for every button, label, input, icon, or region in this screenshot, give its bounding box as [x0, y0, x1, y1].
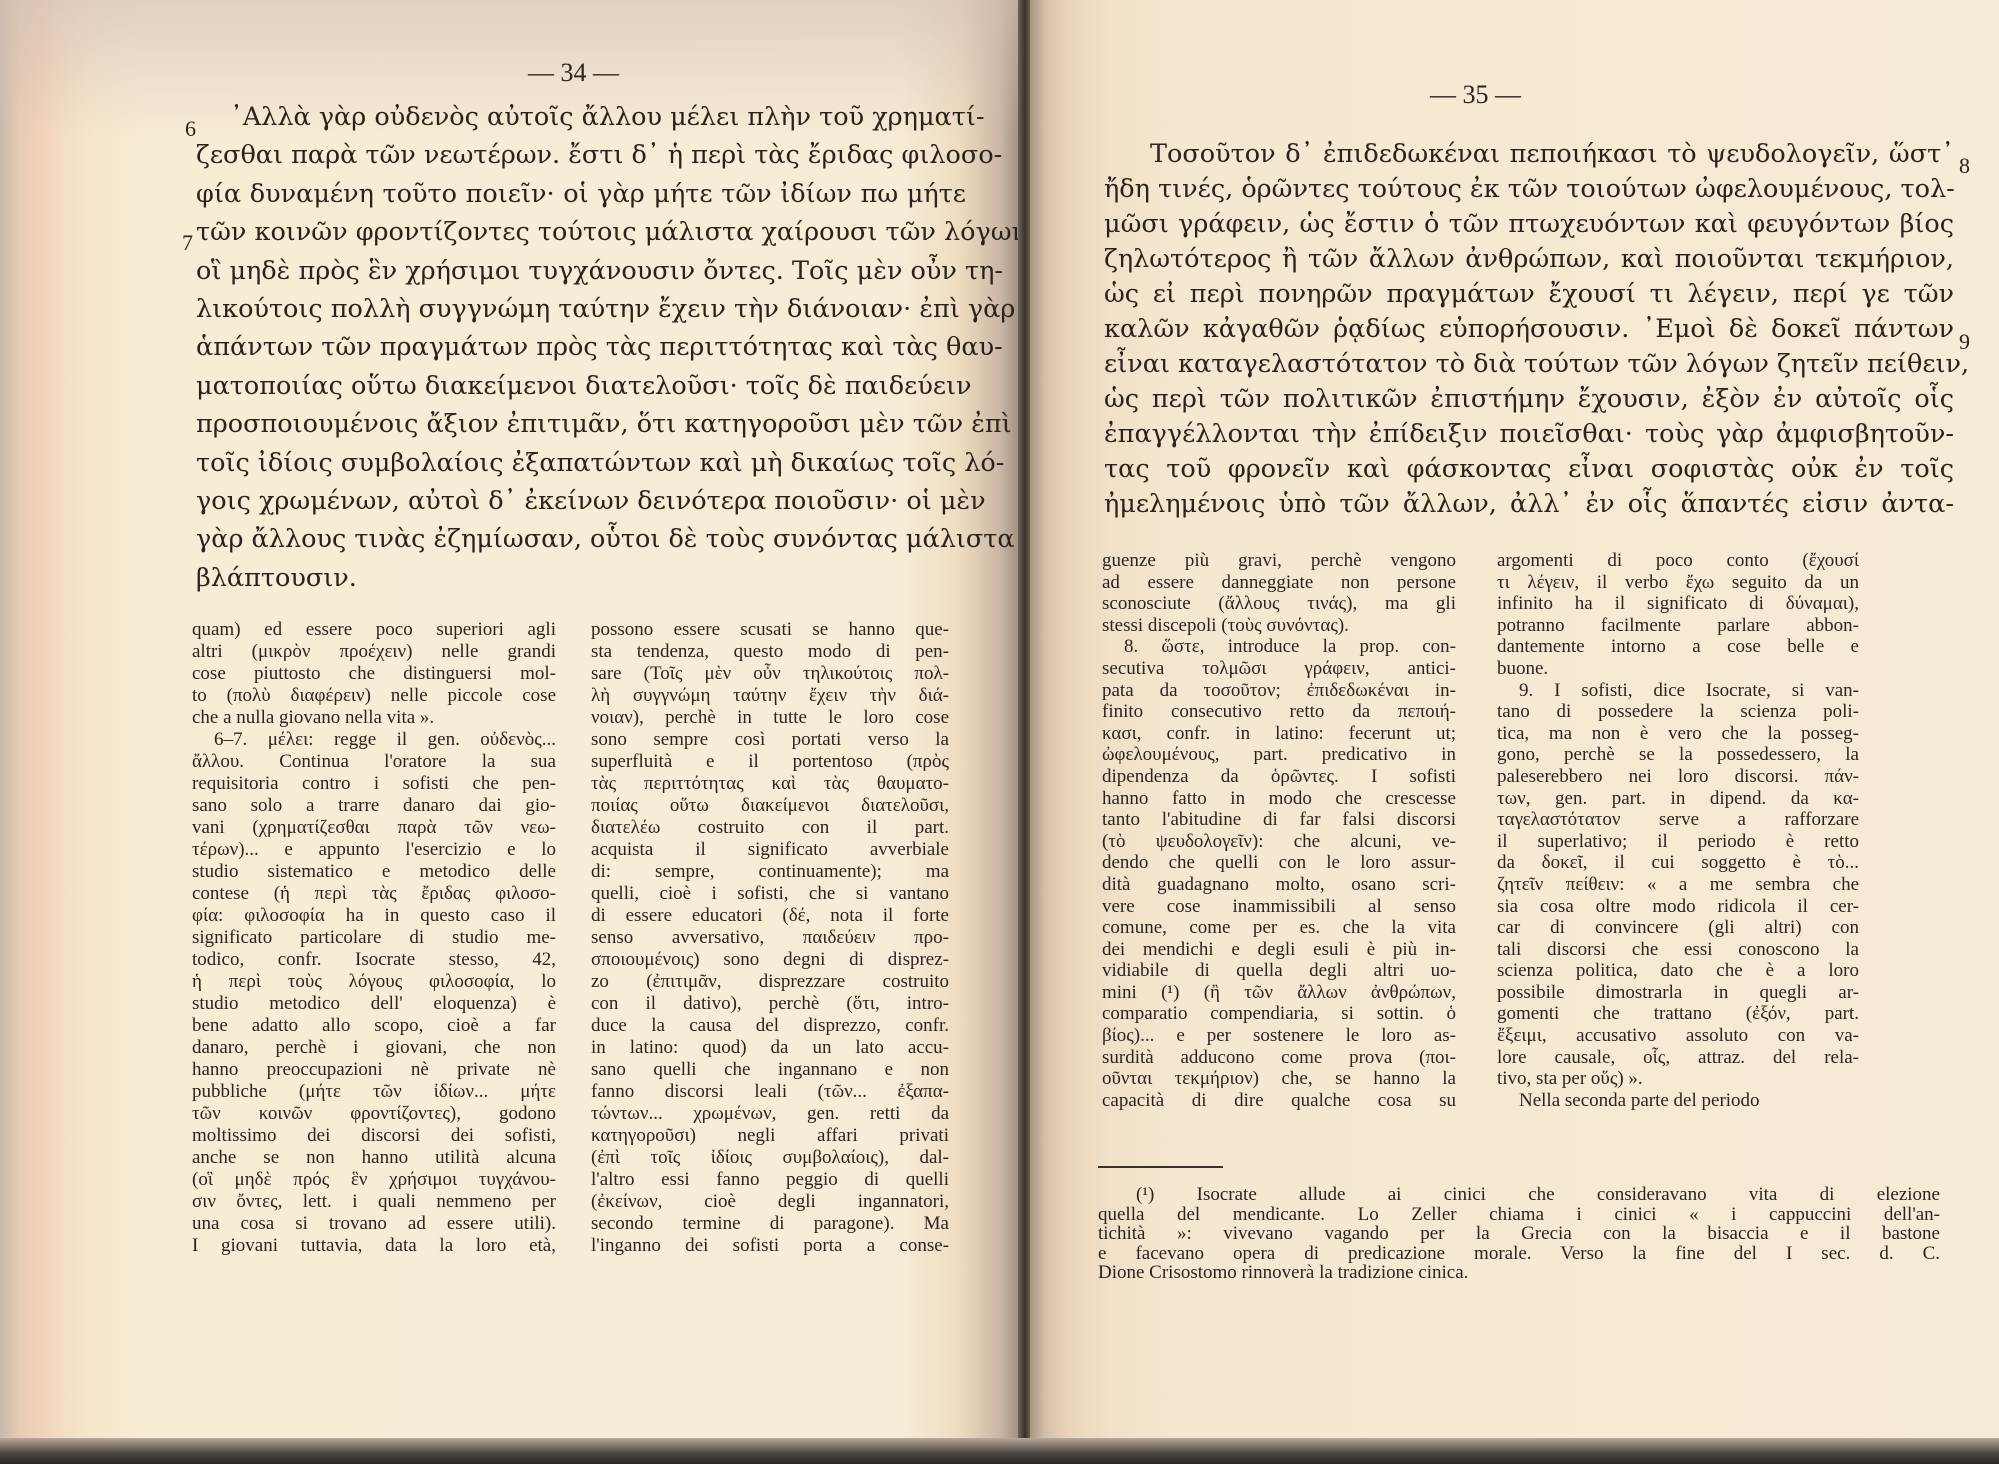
note-line: possono essere scusati se hanno que-	[591, 619, 949, 641]
note-line: 9. I sofisti, dice Isocrate, si van-	[1497, 680, 1859, 702]
note-line: dipendenza da ὁρῶντες. I sofisti	[1102, 766, 1456, 788]
note-line: sare (Τοῖς μὲν οὖν τηλικούτοις πολ-	[591, 663, 949, 685]
note-line: fanno discorsi leali (τῶν... ἐξαπα-	[591, 1081, 949, 1103]
note-line: σποιουμένοις) sono degni di disprez-	[591, 949, 949, 971]
note-line: 6–7. μέλει: regge il gen. οὐδενὸς...	[192, 729, 556, 751]
note-line: moltissimo dei discorsi dei sofisti,	[192, 1125, 556, 1147]
note-line: to (πολὺ διαφέρειν) nelle piccole cose	[192, 685, 556, 707]
note-line: κασι, confr. in latino: fecerunt ut;	[1102, 723, 1456, 745]
footnote-line: quella del mendicante. Lo Zeller chiama …	[1098, 1205, 1940, 1225]
footnote-line: e facevano opera di predicazione morale.…	[1098, 1244, 1940, 1264]
note-line: tica, ma non è vero che la posseg-	[1497, 723, 1859, 745]
text-line: μῶσι γράφειν, ὡς ἔστιν ὁ τῶν πτωχευόντων…	[1104, 207, 1954, 242]
note-line: senso avversativo, παιδεύειν προ-	[591, 927, 949, 949]
note-line: surdità adducono come prova (ποι-	[1102, 1047, 1456, 1069]
note-line: τώντων... χρωμένων, gen. retti da	[591, 1103, 949, 1125]
note-line: ζητεῖν πείθειν: « a me sembra che	[1497, 874, 1859, 896]
section-number-8: 8	[1959, 153, 1970, 179]
commentary-column-2: argomenti di poco conto (ἔχουσί τι λέγει…	[1497, 550, 1859, 1111]
text-line: ζηλωτότερος ἢ τῶν ἄλλων ἀνθρώπων, καὶ πο…	[1104, 242, 1954, 277]
note-line: cose piuttosto che distinguersi mol-	[192, 663, 556, 685]
footnote-line: Dione Crisostomo rinnoverà la tradizione…	[1098, 1263, 1940, 1283]
text-line: ὡς εἰ περὶ πονηρῶν πραγμάτων ἔχουσί τι λ…	[1104, 277, 1954, 312]
note-line: con il dativo), perchè (ὅτι, intro-	[591, 993, 949, 1015]
text-line: ἐπαγγέλλονται τὴν ἐπίδειξιν ποιεῖσθαι· τ…	[1104, 417, 1954, 452]
note-line: duce la causa del disprezzo, confr.	[591, 1015, 949, 1037]
note-line: acquista il significato avverbiale	[591, 839, 949, 861]
note-line: dità guadagnano molto, osano scri-	[1102, 874, 1456, 896]
note-line: gomenti che trattano (ἐξόν, part.	[1497, 1003, 1859, 1025]
section-number-6: 6	[185, 116, 196, 142]
note-line: (οἳ μηδὲ πρός ἓν χρήσιμοι τυγχάνου-	[192, 1169, 556, 1191]
note-line: hanno fatto in modo che crescesse	[1102, 788, 1456, 810]
page-number-34: — 34 —	[528, 58, 619, 88]
note-line: anche se non hanno utilità alcuna	[192, 1147, 556, 1169]
note-line: (ἐκείνων, cioè degli ingannatori,	[591, 1191, 949, 1213]
note-line: mini (¹) (ἢ τῶν ἄλλων ἀνθρώπων,	[1102, 982, 1456, 1004]
note-line: βίος)... e per sostenere le loro as-	[1102, 1025, 1456, 1047]
note-line: da δοκεῖ, il cui soggetto è τὸ...	[1497, 852, 1859, 874]
note-line: κατηγοροῦσι) negli affari privati	[591, 1125, 949, 1147]
note-line: l'altro essi fanno peggio di quelli	[591, 1169, 949, 1191]
note-line: sia cosa oltre modo ridicola il cer-	[1497, 896, 1859, 918]
page-number-35: — 35 —	[1430, 80, 1521, 110]
note-line: pata da τοσοῦτον; ἐπιδεδωκέναι in-	[1102, 680, 1456, 702]
note-line: των, gen. part. in dipend. da κα-	[1497, 788, 1859, 810]
text-line: τοῖς ἰδίοις συμβολαίοις ἐξαπατώντων καὶ …	[196, 444, 966, 482]
note-line: σιν ὄντες, lett. i quali nemmeno per	[192, 1191, 556, 1213]
note-line: contese (ἡ περὶ τὰς ἔριδας φιλοσο-	[192, 883, 556, 905]
note-line: in latino: quod) da un lato accu-	[591, 1037, 949, 1059]
open-book-spread: — 34 — 6 7 ᾽Αλλὰ γὰρ οὐδενὸς αὐτοῖς ἄλλο…	[0, 0, 1999, 1464]
footnote-line: (¹) Isocrate allude ai cinici che consid…	[1098, 1185, 1940, 1205]
note-line: studio sistematico e metodico delle	[192, 861, 556, 883]
note-line: bene adatto allo scopo, cioè a far	[192, 1015, 556, 1037]
footnote-line: tichità »: vivevano vagando per la Greci…	[1098, 1224, 1940, 1244]
note-line: διατελέω costruito con il part.	[591, 817, 949, 839]
note-line: possibile dimostrarla in quegli ar-	[1497, 982, 1859, 1004]
note-line: dendo che quelli con le loro assur-	[1102, 852, 1456, 874]
note-line: quelli, cioè i sofisti, che si vantano	[591, 883, 949, 905]
note-line: φία: φιλοσοφία ha in questo caso il	[192, 905, 556, 927]
note-line: infinito ha il significato di δύναμαι),	[1497, 593, 1859, 615]
note-line: lore causale, οἷς, attraz. del rela-	[1497, 1047, 1859, 1069]
text-line: ὡς περὶ τῶν πολιτικῶν ἐπιστήμην ἔχουσιν,…	[1104, 382, 1954, 417]
note-line: ad essere danneggiate non persone	[1102, 572, 1456, 594]
note-line: tano di possedere la scienza poli-	[1497, 701, 1859, 723]
note-line: tanto l'abitudine di far falsi discorsi	[1102, 809, 1456, 831]
text-line: γὰρ ἄλλους τινὰς ἐζημίωσαν, οὗτοι δὲ τοὺ…	[196, 520, 966, 558]
note-line: dantemente intorno a cose belle e	[1497, 636, 1859, 658]
note-line: argomenti di poco conto (ἔχουσί	[1497, 550, 1859, 572]
commentary-column-2: possono essere scusati se hanno que- sta…	[591, 619, 949, 1257]
note-line: sconosciute (ἄλλους τινάς), ma gli	[1102, 593, 1456, 615]
note-line: τῶν κοινῶν φροντίζοντες), godono	[192, 1103, 556, 1125]
note-line: quam) ed essere poco superiori agli	[192, 619, 556, 641]
text-line: ματοποιίας οὕτω διακείμενοι διατελοῦσι· …	[196, 367, 966, 405]
text-line: τῶν κοινῶν φροντίζοντες τούτοις μάλιστα …	[196, 213, 966, 251]
note-line: che a nulla giovano nella vita ».	[192, 707, 556, 729]
note-line: vani (χρηματίζεσθαι παρὰ τῶν νεω-	[192, 817, 556, 839]
note-line: di: sempre, continuamente); ma	[591, 861, 949, 883]
note-line: τι λέγειν, il verbo ἔχω seguito da un	[1497, 572, 1859, 594]
note-line: tali discorsi che essi conoscono la	[1497, 939, 1859, 961]
note-line: τέρων)... e appunto l'esercizio e lo	[192, 839, 556, 861]
note-line: potranno facilmente parlare abbon-	[1497, 615, 1859, 637]
note-line: scienza politica, dato che è a loro	[1497, 960, 1859, 982]
text-line: ᾽Αλλὰ γὰρ οὐδενὸς αὐτοῖς ἄλλου μέλει πλὴ…	[196, 98, 966, 136]
note-line: requisitoria contro i sofisti che pen-	[192, 773, 556, 795]
note-line: οῦνται τεκμήριον) che, se hanno la	[1102, 1068, 1456, 1090]
note-line: tivo, sta per οὕς) ».	[1497, 1068, 1859, 1090]
left-page: — 34 — 6 7 ᾽Αλλὰ γὰρ οὐδενὸς αὐτοῖς ἄλλο…	[0, 0, 1020, 1440]
note-line: ἡ περὶ τοὺς λόγους φιλοσοφία, lo	[192, 971, 556, 993]
note-line: pubbliche (μήτε τῶν ἰδίων... μήτε	[192, 1081, 556, 1103]
note-line: paleserebbero nei loro discorsi. πάν-	[1497, 766, 1859, 788]
commentary-column-1: quam) ed essere poco superiori agli altr…	[192, 619, 556, 1257]
text-line: ἁπάντων τῶν πραγμάτων πρὸς τὰς περιττότη…	[196, 328, 966, 366]
note-line: sta tendenza, questo modo di pen-	[591, 641, 949, 663]
note-line: capacità di dire qualche cosa su	[1102, 1090, 1456, 1112]
text-line: καλῶν κἀγαθῶν ῥᾳδίως εὐπορήσουσιν. ᾽Εμοὶ…	[1104, 312, 1954, 347]
note-line: νοιαν), perchè in tutte le loro cose	[591, 707, 949, 729]
greek-main-text: ᾽Αλλὰ γὰρ οὐδενὸς αὐτοῖς ἄλλου μέλει πλὴ…	[196, 98, 966, 597]
section-number-7: 7	[182, 230, 193, 256]
note-line: altri (μικρὸν προέχειν) nelle grandi	[192, 641, 556, 663]
greek-main-text: Τοσοῦτον δ᾽ ἐπιδεδωκέναι πεποιήκασι τὸ ψ…	[1104, 137, 1954, 522]
note-line: λὴ συγγνώμη ταύτην ἔχειν τὴν διά-	[591, 685, 949, 707]
note-line: il superlativo; il periodo è retto	[1497, 831, 1859, 853]
note-line: sono sempre così portati verso la	[591, 729, 949, 751]
note-line: buone.	[1497, 658, 1859, 680]
note-line: todico, confr. Isocrate stesso, 42,	[192, 949, 556, 971]
note-line: finito consecutivo retto da πεποιή-	[1102, 701, 1456, 723]
note-line: di essere educatori (δέ, nota il forte	[591, 905, 949, 927]
text-line: φία δυναμένη τοῦτο ποιεῖν· οἱ γὰρ μήτε τ…	[196, 175, 966, 213]
note-line: l'inganno dei sofisti porta a conse-	[591, 1235, 949, 1257]
note-line: ἄλλου. Continua l'oratore la sua	[192, 751, 556, 773]
text-line: Τοσοῦτον δ᾽ ἐπιδεδωκέναι πεποιήκασι τὸ ψ…	[1104, 137, 1954, 172]
note-line: una cosa si trovano ad essere utili).	[192, 1213, 556, 1235]
note-line: ταγελαστότατον serve a rafforzare	[1497, 809, 1859, 831]
note-line: vere cose inammissibili al senso	[1102, 896, 1456, 918]
note-line: comune, come per es. che la vita	[1102, 917, 1456, 939]
note-line: sano solo a trarre danaro dai gio-	[192, 795, 556, 817]
text-line: βλάπτουσιν.	[196, 559, 966, 597]
note-line: ὠφελουμένους, part. predicativo in	[1102, 744, 1456, 766]
note-line: secutiva τολμῶσι γράφειν, antici-	[1102, 658, 1456, 680]
note-line: zo (ἐπιτιμᾶν, disprezzare costruito	[591, 971, 949, 993]
note-line: comparatio compendiaria, si sottin. ὁ	[1102, 1003, 1456, 1025]
note-line: (τὸ ψευδολογεῖν): che alcuni, ve-	[1102, 831, 1456, 853]
note-line: guenze più gravi, perchè vengono	[1102, 550, 1456, 572]
note-line: sano quelli che ingannano e non	[591, 1059, 949, 1081]
note-line: I giovani tuttavia, data la loro età,	[192, 1235, 556, 1257]
text-line: ἤδη τινές, ὁρῶντες τούτους ἐκ τῶν τοιούτ…	[1104, 172, 1954, 207]
note-line: gono, perchè se la possedessero, la	[1497, 744, 1859, 766]
footnote-divider	[1098, 1166, 1223, 1168]
footnote: (¹) Isocrate allude ai cinici che consid…	[1098, 1185, 1940, 1283]
book-bottom-edge	[0, 1438, 1999, 1464]
note-line: studio metodico dell' eloquenza) è	[192, 993, 556, 1015]
note-line: secondo termine di paragone). Ma	[591, 1213, 949, 1235]
text-line: ἠμελημένοις ὑπὸ τῶν ἄλλων, ἀλλ᾽ ἐν οἷς ἅ…	[1104, 487, 1954, 522]
note-line: hanno preoccupazioni nè private nè	[192, 1059, 556, 1081]
note-line: ἔξειμι, accusativo assoluto con va-	[1497, 1025, 1859, 1047]
note-line: stessi discepoli (τοὺς συνόντας).	[1102, 615, 1456, 637]
commentary-column-1: guenze più gravi, perchè vengono ad esse…	[1102, 550, 1456, 1111]
note-line: 8. ὥστε, introduce la prop. con-	[1102, 636, 1456, 658]
note-line: Nella seconda parte del periodo	[1497, 1090, 1859, 1112]
note-line: ποιίας οὕτω διακείμενοι διατελοῦσι,	[591, 795, 949, 817]
note-line: superfluità e il portentoso (πρὸς	[591, 751, 949, 773]
note-line: τὰς περιττότητας καὶ τὰς θαυματο-	[591, 773, 949, 795]
text-line: τας τοῦ φρονεῖν καὶ φάσκοντας εἶναι σοφι…	[1104, 452, 1954, 487]
text-line: λικούτοις πολλὴ συγγνώμη ταύτην ἔχειν τὴ…	[196, 290, 966, 328]
note-line: car di convincere (gli altri) con	[1497, 917, 1859, 939]
note-line: danaro, perchè i giovani, che non	[192, 1037, 556, 1059]
text-line: οἳ μηδὲ πρὸς ἓν χρήσιμοι τυγχάνουσιν ὄντ…	[196, 252, 966, 290]
text-line: γοις χρωμένων, αὐτοὶ δ᾽ ἐκείνων δεινότερ…	[196, 482, 966, 520]
text-line: ζεσθαι παρὰ τῶν νεωτέρων. ἔστι δ᾽ ἡ περὶ…	[196, 136, 966, 174]
note-line: significato particolare di studio me-	[192, 927, 556, 949]
note-line: dei mendichi e degli esuli è più in-	[1102, 939, 1456, 961]
note-line: vidiabile di quella degli altri uo-	[1102, 960, 1456, 982]
note-line: (ἐπὶ τοῖς ἰδίοις συμβολαίοις), dal-	[591, 1147, 949, 1169]
text-line: προσποιουμένοις ἄξιον ἐπιτιμᾶν, ὅτι κατη…	[196, 405, 966, 443]
text-line: εἶναι καταγελαστότατον τὸ διὰ τούτων τῶν…	[1104, 347, 1954, 382]
